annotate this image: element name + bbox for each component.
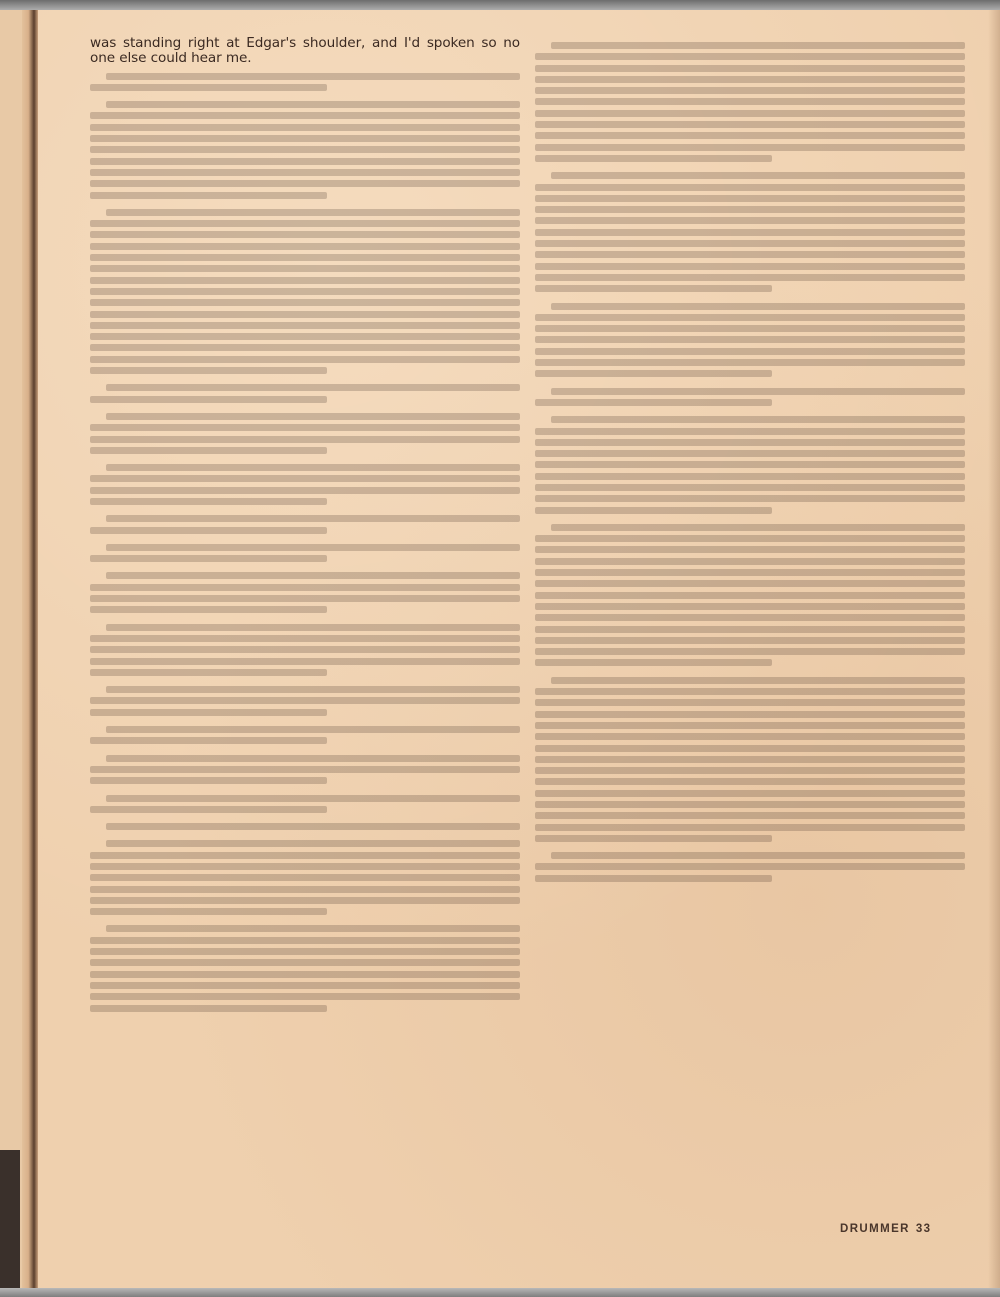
- text-line-placeholder: [535, 648, 965, 655]
- text-line-placeholder: [535, 87, 965, 94]
- text-line-placeholder: [90, 584, 520, 591]
- paragraph-placeholder: [90, 538, 520, 562]
- text-line-placeholder: [535, 835, 772, 842]
- text-line-placeholder: [535, 495, 965, 502]
- text-line-placeholder: [90, 475, 520, 482]
- text-line-placeholder: [535, 399, 772, 406]
- paragraph-placeholder: [535, 410, 965, 513]
- page-gutter: [22, 10, 38, 1290]
- text-line-placeholder: [535, 722, 965, 729]
- text-line-placeholder: [90, 982, 520, 989]
- text-line-placeholder: [106, 823, 520, 830]
- text-line-placeholder: [535, 240, 965, 247]
- text-line-placeholder: [106, 209, 520, 216]
- text-line-placeholder: [535, 875, 772, 882]
- text-line-placeholder: [90, 993, 520, 1000]
- text-line-placeholder: [535, 812, 965, 819]
- text-line-placeholder: [535, 370, 772, 377]
- text-line-placeholder: [535, 546, 965, 553]
- text-line-placeholder: [90, 709, 327, 716]
- text-line-placeholder: [535, 507, 772, 514]
- text-line-placeholder: [90, 646, 520, 653]
- text-line-placeholder: [535, 98, 965, 105]
- text-line-placeholder: [535, 76, 965, 83]
- text-line-placeholder: [535, 801, 965, 808]
- text-line-placeholder: [90, 333, 520, 340]
- text-line-placeholder: [90, 135, 520, 142]
- text-line-placeholder: [90, 112, 520, 119]
- text-line-placeholder: [535, 659, 772, 666]
- text-line-placeholder: [90, 288, 520, 295]
- text-line-placeholder: [535, 229, 965, 236]
- paragraph-placeholder: [90, 720, 520, 744]
- text-line-placeholder: [551, 524, 965, 531]
- paragraph-placeholder: [90, 919, 520, 1011]
- text-line-placeholder: [535, 314, 965, 321]
- text-line-placeholder: [535, 348, 965, 355]
- page-footer: DRUMMER33: [840, 1223, 931, 1235]
- text-line-placeholder: [106, 572, 520, 579]
- text-line-placeholder: [535, 711, 965, 718]
- text-line-placeholder: [90, 874, 520, 881]
- text-line-placeholder: [90, 180, 520, 187]
- text-line-placeholder: [90, 669, 327, 676]
- text-line-placeholder: [106, 726, 520, 733]
- text-line-placeholder: [535, 699, 965, 706]
- paragraph-placeholder: [535, 166, 965, 292]
- text-line-placeholder: [535, 184, 965, 191]
- paragraph-placeholder: [535, 36, 965, 162]
- text-line-placeholder: [106, 795, 520, 802]
- paragraph-placeholder: [535, 846, 965, 882]
- text-line-placeholder: [535, 263, 965, 270]
- text-line-placeholder: [551, 852, 965, 859]
- text-line-placeholder: [535, 484, 965, 491]
- text-line-placeholder: [90, 220, 520, 227]
- text-line-placeholder: [90, 937, 520, 944]
- text-line-placeholder: [535, 592, 965, 599]
- text-line-placeholder: [535, 251, 965, 258]
- text-line-placeholder: [90, 424, 520, 431]
- text-line-placeholder: [106, 413, 520, 420]
- text-line-placeholder: [551, 42, 965, 49]
- text-line-placeholder: [90, 806, 327, 813]
- left-text-column: was standing right at Edgar's shoulder, …: [90, 36, 520, 1016]
- text-line-placeholder: [90, 959, 520, 966]
- page-number: 33: [916, 1223, 932, 1235]
- page-right-edge: [988, 10, 1000, 1288]
- text-line-placeholder: [106, 624, 520, 631]
- text-line-placeholder: [551, 388, 965, 395]
- text-line-placeholder: [90, 277, 520, 284]
- text-line-placeholder: [551, 677, 965, 684]
- text-line-placeholder: [90, 658, 520, 665]
- text-line-placeholder: [90, 344, 520, 351]
- text-line-placeholder: [90, 84, 327, 91]
- text-line-placeholder: [90, 908, 327, 915]
- text-line-placeholder: [90, 886, 520, 893]
- text-line-placeholder: [90, 243, 520, 250]
- paragraph-placeholder: [90, 817, 520, 830]
- text-line-placeholder: [535, 121, 965, 128]
- text-line-placeholder: [535, 144, 965, 151]
- text-line-placeholder: [535, 756, 965, 763]
- text-line-placeholder: [90, 498, 327, 505]
- text-line-placeholder: [90, 555, 327, 562]
- paragraph-placeholder: [90, 618, 520, 676]
- text-line-placeholder: [535, 626, 965, 633]
- text-line-placeholder: [551, 416, 965, 423]
- text-line-placeholder: [90, 231, 520, 238]
- text-line-placeholder: [90, 595, 520, 602]
- text-line-placeholder: [106, 840, 520, 847]
- text-line-placeholder: [90, 863, 520, 870]
- text-line-placeholder: [90, 487, 520, 494]
- text-line-placeholder: [535, 558, 965, 565]
- text-line-placeholder: [535, 461, 965, 468]
- text-line-placeholder: [90, 737, 327, 744]
- paragraph: was standing right at Edgar's shoulder, …: [90, 36, 520, 67]
- text-line-placeholder: [90, 697, 520, 704]
- publication-name: DRUMMER: [840, 1223, 910, 1235]
- text-line-placeholder: [535, 790, 965, 797]
- text-line-placeholder: [106, 925, 520, 932]
- text-line-placeholder: [535, 473, 965, 480]
- paragraph-placeholder: [90, 378, 520, 402]
- paragraph-placeholder: [90, 407, 520, 454]
- text-line-placeholder: [535, 688, 965, 695]
- scanned-page: was standing right at Edgar's shoulder, …: [0, 0, 1000, 1297]
- text-line-placeholder: [535, 580, 965, 587]
- text-line-placeholder: [90, 169, 520, 176]
- text-line-placeholder: [551, 172, 965, 179]
- text-line-placeholder: [535, 428, 965, 435]
- text-line-placeholder: [90, 299, 520, 306]
- text-line-placeholder: [535, 195, 965, 202]
- text-line-placeholder: [535, 824, 965, 831]
- text-line-placeholder: [535, 359, 965, 366]
- text-line-placeholder: [106, 464, 520, 471]
- text-line-placeholder: [535, 535, 965, 542]
- text-line-placeholder: [90, 322, 520, 329]
- text-line-placeholder: [90, 447, 327, 454]
- paragraph-placeholder: [535, 382, 965, 406]
- text-line-placeholder: [535, 155, 772, 162]
- text-line-placeholder: [535, 274, 965, 281]
- text-line-placeholder: [90, 766, 520, 773]
- paragraph-placeholder: [90, 789, 520, 813]
- text-line-placeholder: [106, 755, 520, 762]
- text-line-placeholder: [90, 254, 520, 261]
- paragraph-placeholder: [535, 518, 965, 667]
- paragraph-placeholder: [90, 834, 520, 915]
- text-line-placeholder: [90, 192, 327, 199]
- paragraph-placeholder: [90, 203, 520, 374]
- text-line-placeholder: [106, 515, 520, 522]
- text-line-placeholder: [535, 767, 965, 774]
- text-line-placeholder: [535, 450, 965, 457]
- text-line-placeholder: [535, 65, 965, 72]
- text-line-placeholder: [90, 158, 520, 165]
- text-line-placeholder: [106, 101, 520, 108]
- text-line-placeholder: [535, 53, 965, 60]
- text-line-placeholder: [535, 325, 965, 332]
- text-line-placeholder: [90, 265, 520, 272]
- text-line-placeholder: [90, 1005, 327, 1012]
- paragraph-placeholder: [535, 671, 965, 842]
- text-line-placeholder: [90, 396, 327, 403]
- text-line-placeholder: [535, 206, 965, 213]
- text-line-placeholder: [535, 745, 965, 752]
- text-line-placeholder: [90, 635, 520, 642]
- text-line-placeholder: [535, 285, 772, 292]
- text-line-placeholder: [535, 217, 965, 224]
- text-line-placeholder: [106, 384, 520, 391]
- text-line-placeholder: [106, 686, 520, 693]
- text-line-placeholder: [106, 73, 520, 80]
- text-line-placeholder: [90, 971, 520, 978]
- text-line-placeholder: [535, 863, 965, 870]
- text-line-placeholder: [535, 110, 965, 117]
- text-line-placeholder: [535, 733, 965, 740]
- right-text-column: [535, 36, 965, 886]
- binding-shadow: [0, 1150, 20, 1290]
- text-line-placeholder: [90, 606, 327, 613]
- text-line-placeholder: [90, 124, 520, 131]
- paragraph-placeholder: [90, 566, 520, 613]
- placeholder-paragraphs: [90, 67, 520, 1012]
- paragraph-placeholder: [90, 95, 520, 198]
- placeholder-paragraphs: [535, 36, 965, 882]
- scan-bottom-edge: [0, 1288, 1000, 1297]
- text-line-placeholder: [90, 777, 327, 784]
- facing-page-edge: [0, 10, 22, 1290]
- text-line-placeholder: [535, 336, 965, 343]
- text-line-placeholder: [90, 527, 327, 534]
- text-line-placeholder: [90, 852, 520, 859]
- paragraph-placeholder: [90, 749, 520, 785]
- text-line-placeholder: [90, 948, 520, 955]
- text-line-placeholder: [535, 637, 965, 644]
- paragraph-placeholder: [90, 458, 520, 505]
- text-line-placeholder: [90, 897, 520, 904]
- text-line-placeholder: [551, 303, 965, 310]
- text-line-placeholder: [90, 311, 520, 318]
- paragraph-placeholder: [90, 67, 520, 91]
- text-line-placeholder: [535, 603, 965, 610]
- text-line-placeholder: [90, 367, 327, 374]
- text-line-placeholder: [90, 436, 520, 443]
- text-line-placeholder: [535, 439, 965, 446]
- text-line-placeholder: [535, 132, 965, 139]
- text-line-placeholder: [535, 569, 965, 576]
- text-line-placeholder: [90, 146, 520, 153]
- text-line-placeholder: [535, 778, 965, 785]
- paragraph-placeholder: [535, 297, 965, 378]
- paragraph-placeholder: [90, 680, 520, 716]
- text-line-placeholder: [90, 356, 520, 363]
- paragraph-placeholder: [90, 509, 520, 533]
- text-line-placeholder: [535, 614, 965, 621]
- text-line-placeholder: [106, 544, 520, 551]
